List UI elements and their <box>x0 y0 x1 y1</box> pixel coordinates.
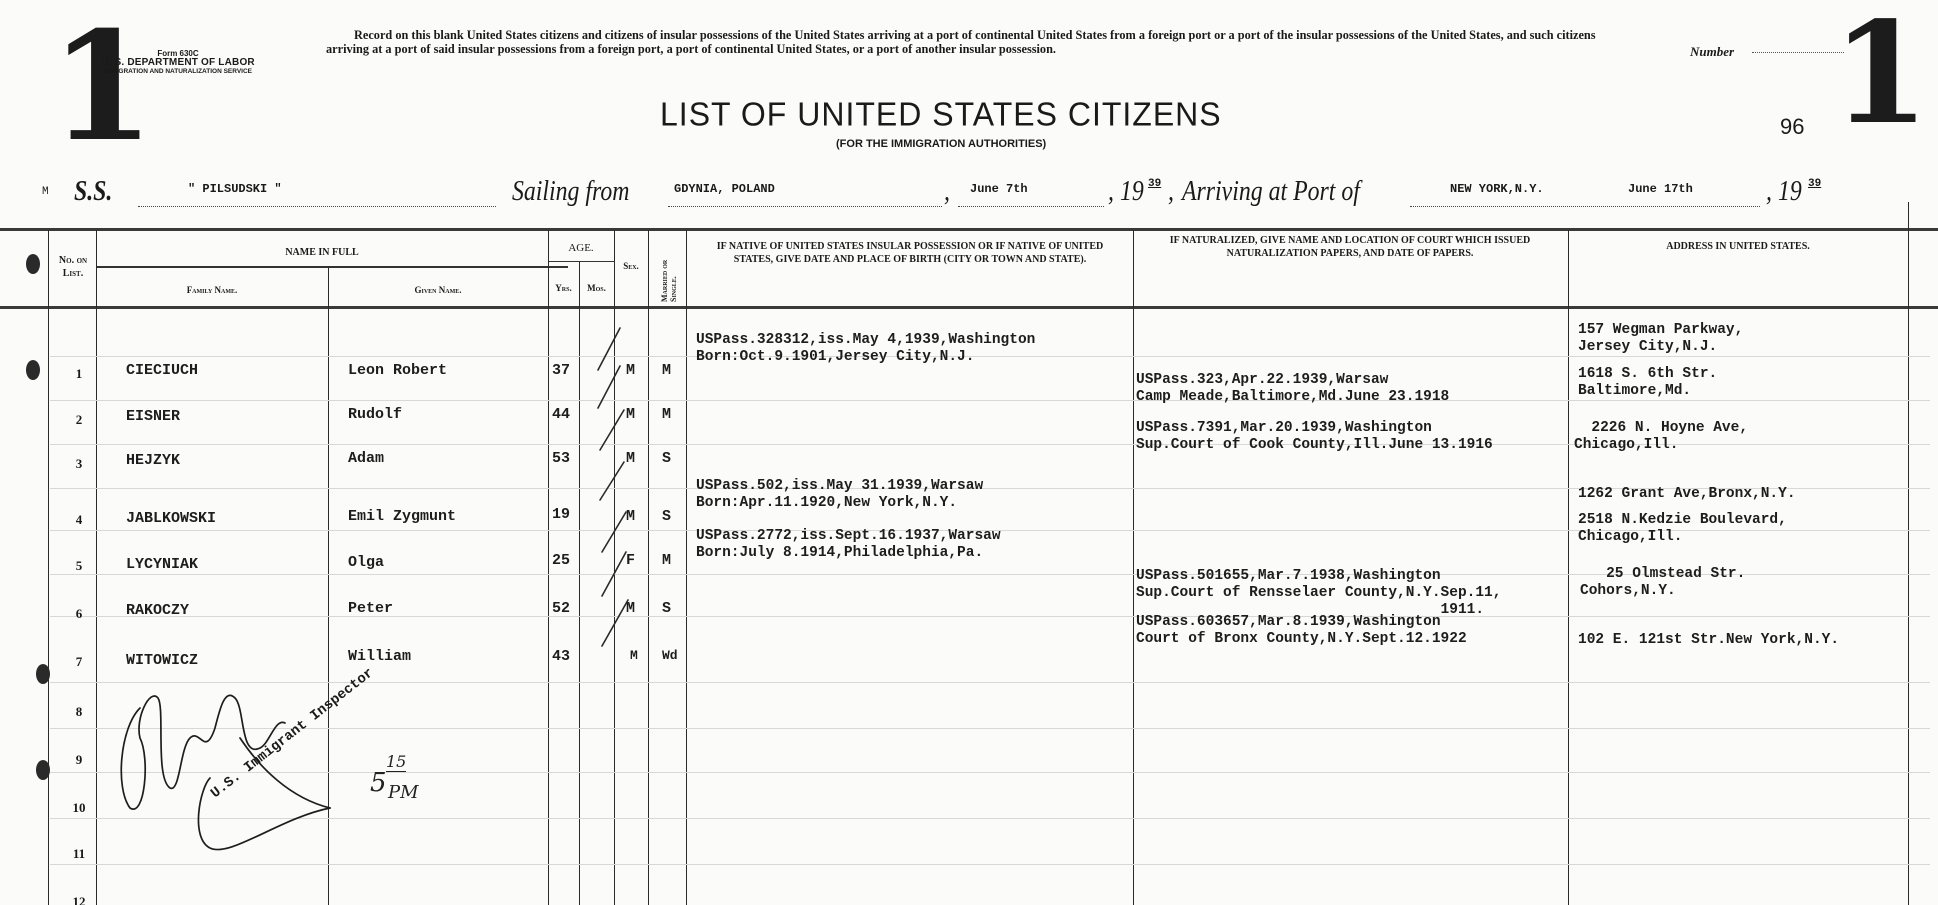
marital-status: Wd <box>662 648 678 663</box>
arriving-label: Arriving at Port of <box>1182 176 1360 208</box>
given-name: Adam <box>348 450 384 467</box>
given-name: William <box>348 648 411 665</box>
number-field-line <box>1752 52 1844 53</box>
address: 25 Olmstead Str. Cohors,N.Y. <box>1580 566 1745 600</box>
marital-status: S <box>662 450 671 467</box>
header-married-or-single: Married or Single. <box>660 236 678 302</box>
page-title: LIST OF UNITED STATES CITIZENS <box>660 95 1222 134</box>
row-number: 2 <box>64 412 94 428</box>
given-name: Olga <box>348 554 384 571</box>
birth-details: USPass.2772,iss.Sept.16.1937,Warsaw Born… <box>696 528 1001 562</box>
sailing-date: June 7th <box>970 182 1028 196</box>
table-top-rule <box>0 228 1938 231</box>
address: 102 E. 121st Str.New York,N.Y. <box>1578 632 1839 649</box>
number-label: Number <box>1690 44 1734 60</box>
row-number: 12 <box>64 894 94 905</box>
header-yrs: Yrs. <box>548 282 579 295</box>
form-instructions: Record on this blank United States citiz… <box>326 28 1606 56</box>
time-note: 5 15 PM <box>370 768 387 798</box>
family-name: RAKOCZY <box>126 602 189 619</box>
time-hour: 5 <box>370 768 387 798</box>
naturalization-details: USPass.501655,Mar.7.1938,Washington Sup.… <box>1136 568 1501 619</box>
address: 157 Wegman Parkway, Jersey City,N.J. <box>1578 322 1743 356</box>
header-birth: IF NATIVE OF UNITED STATES INSULAR POSSE… <box>700 240 1120 266</box>
arrival-date: June 17th <box>1628 182 1693 196</box>
sheet-mark-left: 1 <box>50 12 154 162</box>
arrival-port: NEW YORK,N.Y. <box>1450 182 1544 196</box>
age-years: 19 <box>552 506 570 523</box>
marital-status: M <box>662 406 671 423</box>
check-marks <box>580 320 640 660</box>
time-ampm: PM <box>388 782 419 803</box>
vessel-prefix: M <box>42 186 49 198</box>
form-identification: Form 630C U. S. DEPARTMENT OF LABOR IMMI… <box>88 50 268 76</box>
address: 1262 Grant Ave,Bronx,N.Y. <box>1578 486 1796 503</box>
family-name: EISNER <box>126 408 180 425</box>
header-age: AGE. <box>548 242 614 255</box>
address: 2226 N. Hoyne Ave, Chicago,Ill. <box>1574 420 1748 454</box>
naturalization-details: USPass.7391,Mar.20.1939,Washington Sup.C… <box>1136 420 1493 454</box>
binder-hole <box>36 760 50 780</box>
page-subtitle: (FOR THE IMMIGRATION AUTHORITIES) <box>836 138 1046 150</box>
time-minutes: 15 <box>386 752 406 772</box>
header-given-name: Given Name. <box>328 284 548 297</box>
service-name: IMMIGRATION AND NATURALIZATION SERVICE <box>88 69 268 76</box>
header-name-in-full: NAME IN FULL <box>96 246 548 259</box>
row-number: 5 <box>64 558 94 574</box>
birth-details: USPass.328312,iss.May 4,1939,Washington … <box>696 332 1035 366</box>
row-number: 11 <box>64 846 94 862</box>
age-years: 44 <box>552 406 570 423</box>
header-no-on-list: No. on List. <box>52 254 94 280</box>
sailing-year: 39 <box>1148 178 1161 190</box>
row-number: 8 <box>64 704 94 720</box>
age-years: 25 <box>552 552 570 569</box>
row-number: 3 <box>64 456 94 472</box>
row-number: 10 <box>64 800 94 816</box>
family-name: HEJZYK <box>126 452 180 469</box>
binder-hole <box>26 360 40 380</box>
header-bottom-rule <box>0 306 1938 309</box>
family-name: CIECIUCH <box>126 362 198 379</box>
ship-name: " PILSUDSKI " <box>188 182 282 196</box>
birth-details: USPass.502,iss.May 31.1939,Warsaw Born:A… <box>696 478 983 512</box>
voyage-line: M S.S. " PILSUDSKI " Sailing from GDYNIA… <box>0 170 1938 220</box>
sailing-label: Sailing from <box>512 176 629 208</box>
arrival-year-prefix: 19 <box>1778 176 1802 208</box>
row-number: 1 <box>64 366 94 382</box>
address: 2518 N.Kedzie Boulevard, Chicago,Ill. <box>1578 512 1787 546</box>
family-name: LYCYNIAK <box>126 556 198 573</box>
binder-hole <box>26 254 40 274</box>
sailing-year-prefix: 19 <box>1120 176 1144 208</box>
naturalization-details: USPass.323,Apr.22.1939,Warsaw Camp Meade… <box>1136 372 1449 406</box>
header-naturalized: IF NATURALIZED, GIVE NAME AND LOCATION O… <box>1140 234 1560 260</box>
sailing-port: GDYNIA, POLAND <box>674 182 775 196</box>
age-years: 53 <box>552 450 570 467</box>
header-address: ADDRESS IN UNITED STATES. <box>1572 240 1904 253</box>
header-family-name: Family Name. <box>96 284 328 297</box>
arrival-year: 39 <box>1808 178 1821 190</box>
age-years: 37 <box>552 362 570 379</box>
row-number: 6 <box>64 606 94 622</box>
given-name: Rudolf <box>348 406 402 423</box>
age-years: 43 <box>552 648 570 665</box>
header-mos: Mos. <box>579 282 614 295</box>
address: 1618 S. 6th Str. Baltimore,Md. <box>1578 366 1717 400</box>
given-name: Leon Robert <box>348 362 447 379</box>
given-name: Emil Zygmunt <box>348 508 456 525</box>
row-number: 9 <box>64 752 94 768</box>
marital-status: S <box>662 508 671 525</box>
marital-status: M <box>662 362 671 379</box>
ss-label: S.S. <box>74 176 112 208</box>
sheet-number: 96 <box>1780 114 1804 140</box>
binder-hole <box>36 664 50 684</box>
naturalization-details: USPass.603657,Mar.8.1939,Washington Cour… <box>1136 614 1467 648</box>
given-name: Peter <box>348 600 393 617</box>
family-name: WITOWICZ <box>126 652 198 669</box>
marital-status: S <box>662 600 671 617</box>
age-years: 52 <box>552 600 570 617</box>
family-name: JABLKOWSKI <box>126 510 216 527</box>
marital-status: M <box>662 552 671 569</box>
sheet-mark-right: 1 <box>1832 4 1929 144</box>
row-number: 4 <box>64 512 94 528</box>
row-number: 7 <box>64 654 94 670</box>
header-sex: Sex. <box>614 260 648 273</box>
